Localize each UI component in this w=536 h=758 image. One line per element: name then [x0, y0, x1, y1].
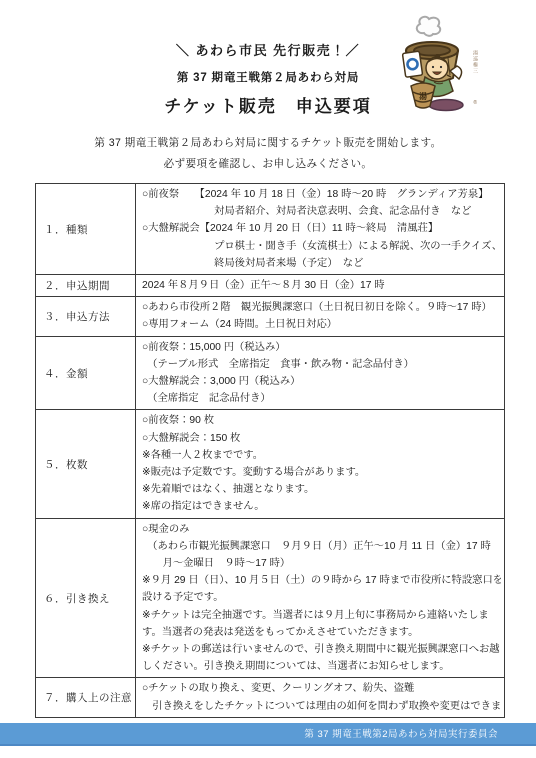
row-line: ○専用フォーム（24 時間。土日祝日対応） [142, 316, 501, 333]
mascot-caption: 湯巡権三 [472, 50, 478, 74]
row-line: ※席の指定はできません。 [142, 498, 501, 515]
row-content: ○あわら市役所２階 観光振興課窓口（土日祝日初日を除く。９時～17 時）○専用フ… [136, 297, 504, 335]
row-line: ○前夜祭 【2024 年 10 月 18 日（金）18 時～20 時 グランディ… [142, 186, 501, 203]
registered-mark: ® [473, 100, 477, 106]
footer-bar: 第 37 期竜王戦第2局あわら対局実行委員会 [0, 723, 536, 746]
row-line: 引き換えをしたチケットについては理由の如何を問わず取換や変更はできま [142, 698, 501, 715]
row-line: ※先着順ではなく、抽選となります。 [142, 481, 501, 498]
mascot: 湯 湯巡権三 ® [394, 12, 480, 116]
row-line: ※販売は予定数です。変動する場合があります。 [142, 464, 501, 481]
intro: 第 37 期竜王戦第２局あわら対局に関するチケット販売を開始します。 必ず要項を… [0, 133, 536, 175]
table-row: ７．購入上の注意○チケットの取り換え、変更、クーリングオフ、紛失、盗難 引き換え… [36, 678, 504, 716]
table-row: １．種類○前夜祭 【2024 年 10 月 18 日（金）18 時～20 時 グ… [36, 184, 504, 275]
table-row: ２．申込期間2024 年８月９日（金）正午～８月 30 日（金）17 時 [36, 275, 504, 297]
row-label: ３．申込方法 [36, 297, 136, 335]
row-line: 終局後対局者来場（予定） など [142, 255, 501, 272]
row-line: ○あわら市役所２階 観光振興課窓口（土日祝日初日を除く。９時～17 時） [142, 299, 501, 316]
row-line: ※チケットの郵送は行いませんので、引き換え期間中に観光振興課窓口へお越 [142, 641, 501, 658]
row-line: （テーブル形式 全席指定 食事・飲み物・記念品付き） [142, 356, 501, 373]
row-line: ○大盤解説会：150 枚 [142, 430, 501, 447]
intro-line-2: 必ず要項を確認し、お申し込みください。 [0, 154, 536, 175]
row-line: ※各種一人２枚までです。 [142, 447, 501, 464]
row-label: ６．引き換え [36, 519, 136, 678]
row-line: す。当選者の発表は発送をもってかえさせていただきます。 [142, 624, 501, 641]
committee-name: 第 37 期竜王戦第2局あわら対局実行委員会 [304, 729, 498, 740]
flyer-page: ＼ あわら市民 先行販売！／ 第 37 期竜王戦第２局あわら対局 チケット販売 … [0, 0, 536, 758]
row-content: ○チケットの取り換え、変更、クーリングオフ、紛失、盗難 引き換えをしたチケットに… [136, 678, 504, 716]
row-content: 2024 年８月９日（金）正午～８月 30 日（金）17 時 [136, 275, 504, 296]
table-row: ４．金額○前夜祭：15,000 円（税込み） （テーブル形式 全席指定 食事・飲… [36, 337, 504, 411]
row-line: 月～金曜日 ９時～17 時） [142, 555, 501, 572]
row-line: ○前夜祭：90 枚 [142, 412, 501, 429]
svg-text:湯: 湯 [419, 91, 427, 101]
row-line: （あわら市観光振興課窓口 ９月９日（月）正午～10 月 11 日（金）17 時 [142, 538, 501, 555]
row-label: ７．購入上の注意 [36, 678, 136, 716]
row-line: ※９月 29 日（日）、10 月５日（土）の９時から 17 時まで市役所に特設窓… [142, 572, 501, 589]
row-line: 2024 年８月９日（金）正午～８月 30 日（金）17 時 [142, 277, 501, 294]
mascot-illustration: 湯 [394, 12, 470, 116]
row-line: ○大盤解説会【2024 年 10 月 20 日（日）11 時～終局 清風荘】 [142, 220, 501, 237]
row-label: ２．申込期間 [36, 275, 136, 296]
row-content: ○前夜祭：15,000 円（税込み） （テーブル形式 全席指定 食事・飲み物・記… [136, 337, 504, 410]
row-content: ○前夜祭：90 枚○大盤解説会：150 枚※各種一人２枚までです。※販売は予定数… [136, 410, 504, 517]
row-line: 設ける予定です。 [142, 589, 501, 606]
table-row: ６．引き換え○現金のみ （あわら市観光振興課窓口 ９月９日（月）正午～10 月 … [36, 519, 504, 679]
row-line: ○前夜祭：15,000 円（税込み） [142, 339, 501, 356]
row-line: 対局者紹介、対局者決意表明、会食、記念品付き など [142, 203, 501, 220]
intro-line-1: 第 37 期竜王戦第２局あわら対局に関するチケット販売を開始します。 [0, 133, 536, 154]
row-content: ○現金のみ （あわら市観光振興課窓口 ９月９日（月）正午～10 月 11 日（金… [136, 519, 504, 678]
requirements-table: １．種類○前夜祭 【2024 年 10 月 18 日（金）18 時～20 時 グ… [35, 183, 505, 718]
row-label: ５．枚数 [36, 410, 136, 517]
row-line: （全席指定 記念品付き） [142, 390, 501, 407]
row-line: プロ棋士・聞き手（女流棋士）による解説、次の一手クイズ、 [142, 238, 501, 255]
row-label: ４．金額 [36, 337, 136, 410]
row-line: ○現金のみ [142, 521, 501, 538]
row-line: ※チケットは完全抽選です。当選者には９月上旬に事務局から連絡いたしま [142, 607, 501, 624]
row-line: ○チケットの取り換え、変更、クーリングオフ、紛失、盗難 [142, 680, 501, 697]
row-label: １．種類 [36, 184, 136, 274]
table-row: ５．枚数○前夜祭：90 枚○大盤解説会：150 枚※各種一人２枚までです。※販売… [36, 410, 504, 518]
table-row: ３．申込方法○あわら市役所２階 観光振興課窓口（土日祝日初日を除く。９時～17 … [36, 297, 504, 336]
row-line: しください。引き換え期間については、当選者にお知らせします。 [142, 658, 501, 675]
row-line: ○大盤解説会：3,000 円（税込み） [142, 373, 501, 390]
row-content: ○前夜祭 【2024 年 10 月 18 日（金）18 時～20 時 グランディ… [136, 184, 504, 274]
